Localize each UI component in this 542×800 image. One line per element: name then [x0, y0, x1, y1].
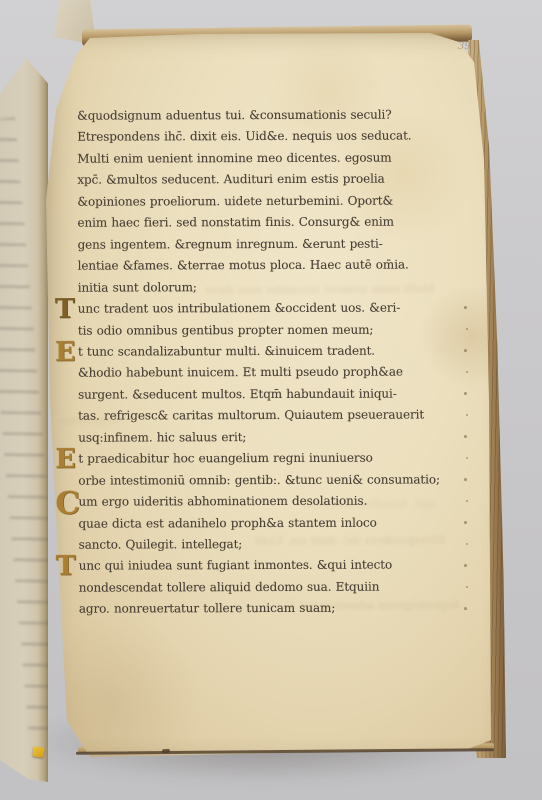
manuscript-photo: 39 Multi enim uenient innomine meo dicen… [0, 0, 542, 800]
prick-hole [464, 564, 467, 567]
text-line: agro. nonreuertatur tollere tunicam suam… [79, 598, 335, 620]
text-line-body: tas. refrigesc& caritas multorum. Quiaut… [78, 408, 424, 423]
prick-hole [464, 435, 467, 438]
text-line-body: Multi enim uenient innomine meo dicentes… [77, 150, 391, 165]
text-line-body: unc qui iniudea sunt fugiant inmontes. &… [79, 558, 392, 573]
prick-hole [466, 371, 469, 374]
text-line: Et tunc scandalizabuntur multi. &inuicem… [78, 341, 375, 363]
text-line: quae dicta est adanihelo proph&a stantem… [79, 512, 377, 534]
prick-hole [464, 306, 467, 309]
page-number: 39 [458, 41, 471, 52]
text-line: &hodio habebunt inuicem. Et multi pseudo… [78, 362, 403, 384]
text-line-body: Etrespondens ihc̄. dixit eis. Uid&e. neq… [77, 129, 411, 144]
prick-hole [466, 543, 469, 546]
edge-speck [162, 749, 170, 753]
text-line: initia sunt dolorum; [78, 277, 197, 298]
text-line: &quodsignum aduentus tui. &consumationis… [77, 105, 392, 127]
text-line: &opiniones proeliorum. uidete neturbemin… [77, 190, 393, 212]
illuminated-initial: T [55, 296, 75, 323]
text-line-body: nondescendat tollere aliquid dedomo sua.… [79, 580, 380, 595]
illuminated-initial: T [56, 553, 76, 580]
prick-hole [466, 414, 469, 417]
text-line: sancto. Quilegit. intellegat; [79, 534, 243, 556]
text-line-body: &opiniones proeliorum. uidete neturbemin… [77, 193, 393, 208]
prick-hole [464, 349, 467, 352]
text-line-body: um ergo uideritis abhominationem desolat… [78, 494, 367, 509]
text-line-body: enim haec fieri. sed nonstatim finis. Co… [77, 215, 393, 230]
text-line-body: quae dicta est adanihelo proph&a stantem… [79, 515, 377, 530]
text-line-body: tis odio omnibus gentibus propter nomen … [78, 322, 373, 337]
text-line: Et praedicabitur hoc euangelium regni in… [78, 448, 372, 470]
text-line-body: orbe intestimoniū omnib: gentib:. &tunc … [78, 472, 440, 487]
bookmark-tab [32, 746, 44, 757]
prick-hole [466, 586, 469, 589]
text-line-body: usq:infinem. hic saluus erit; [78, 430, 246, 445]
text-line: surgent. &seducent multos. Etqm̄ habunda… [78, 383, 397, 405]
text-line: gens ingentem. &regnum inregnum. &erunt … [78, 233, 383, 255]
prick-hole [464, 478, 467, 481]
text-line: Multi enim uenient innomine meo dicentes… [77, 147, 391, 169]
text-line: lentiae &fames. &terrae motus ploca. Hae… [78, 255, 409, 277]
prick-hole [466, 457, 469, 460]
prick-hole [466, 328, 469, 331]
text-line-body: t praedicabitur hoc euangelium regni inu… [78, 451, 372, 466]
prick-hole [466, 500, 469, 503]
text-line: nondescendat tollere aliquid dedomo sua.… [79, 577, 380, 599]
facing-page [0, 58, 48, 782]
text-line-body: gens ingentem. &regnum inregnum. &erunt … [78, 236, 383, 251]
illuminated-initial: E [55, 339, 76, 366]
text-line-body: sancto. Quilegit. intellegat; [79, 537, 243, 552]
text-line: Tunc qui iniudea sunt fugiant inmontes. … [79, 555, 392, 577]
text-line: Tunc tradent uos intribulationem &occide… [78, 298, 400, 320]
text-line: orbe intestimoniū omnib: gentib:. &tunc … [78, 469, 440, 491]
text-line: usq:infinem. hic saluus erit; [78, 427, 246, 449]
text-line-body: xpc̄. &multos seducent. Audituri enim es… [77, 172, 384, 187]
text-line: enim haec fieri. sed nonstatim finis. Co… [77, 212, 393, 234]
text-line: Cum ergo uideritis abhominationem desola… [78, 491, 367, 513]
text-line-body: initia sunt dolorum; [78, 280, 197, 294]
text-line-body: t tunc scandalizabuntur multi. &inuicem … [78, 344, 375, 359]
text-line-body: agro. nonreuertatur tollere tunicam suam… [79, 601, 335, 616]
text-line: tas. refrigesc& caritas multorum. Quiaut… [78, 405, 424, 427]
prick-hole [464, 521, 467, 524]
text-line: tis odio omnibus gentibus propter nomen … [78, 319, 374, 341]
text-block: &quodsignum aduentus tui. &consumationis… [77, 104, 463, 630]
text-line-body: surgent. &seducent multos. Etqm̄ habunda… [78, 386, 397, 401]
text-line-body: &hodio habebunt inuicem. Et multi pseudo… [78, 365, 403, 380]
pricking-marks [464, 306, 472, 636]
text-line-body: unc tradent uos intribulationem &occiden… [78, 301, 400, 316]
text-line-body: &quodsignum aduentus tui. &consumationis… [77, 108, 392, 123]
text-line: xpc̄. &multos seducent. Audituri enim es… [77, 169, 384, 191]
illuminated-initial: E [55, 446, 76, 473]
prick-hole [464, 607, 467, 610]
prick-hole [464, 392, 467, 395]
text-line: Etrespondens ihc̄. dixit eis. Uid&e. neq… [77, 126, 411, 148]
text-line-body: lentiae &fames. &terrae motus ploca. Hae… [78, 258, 409, 273]
illuminated-initial: C [55, 489, 80, 520]
